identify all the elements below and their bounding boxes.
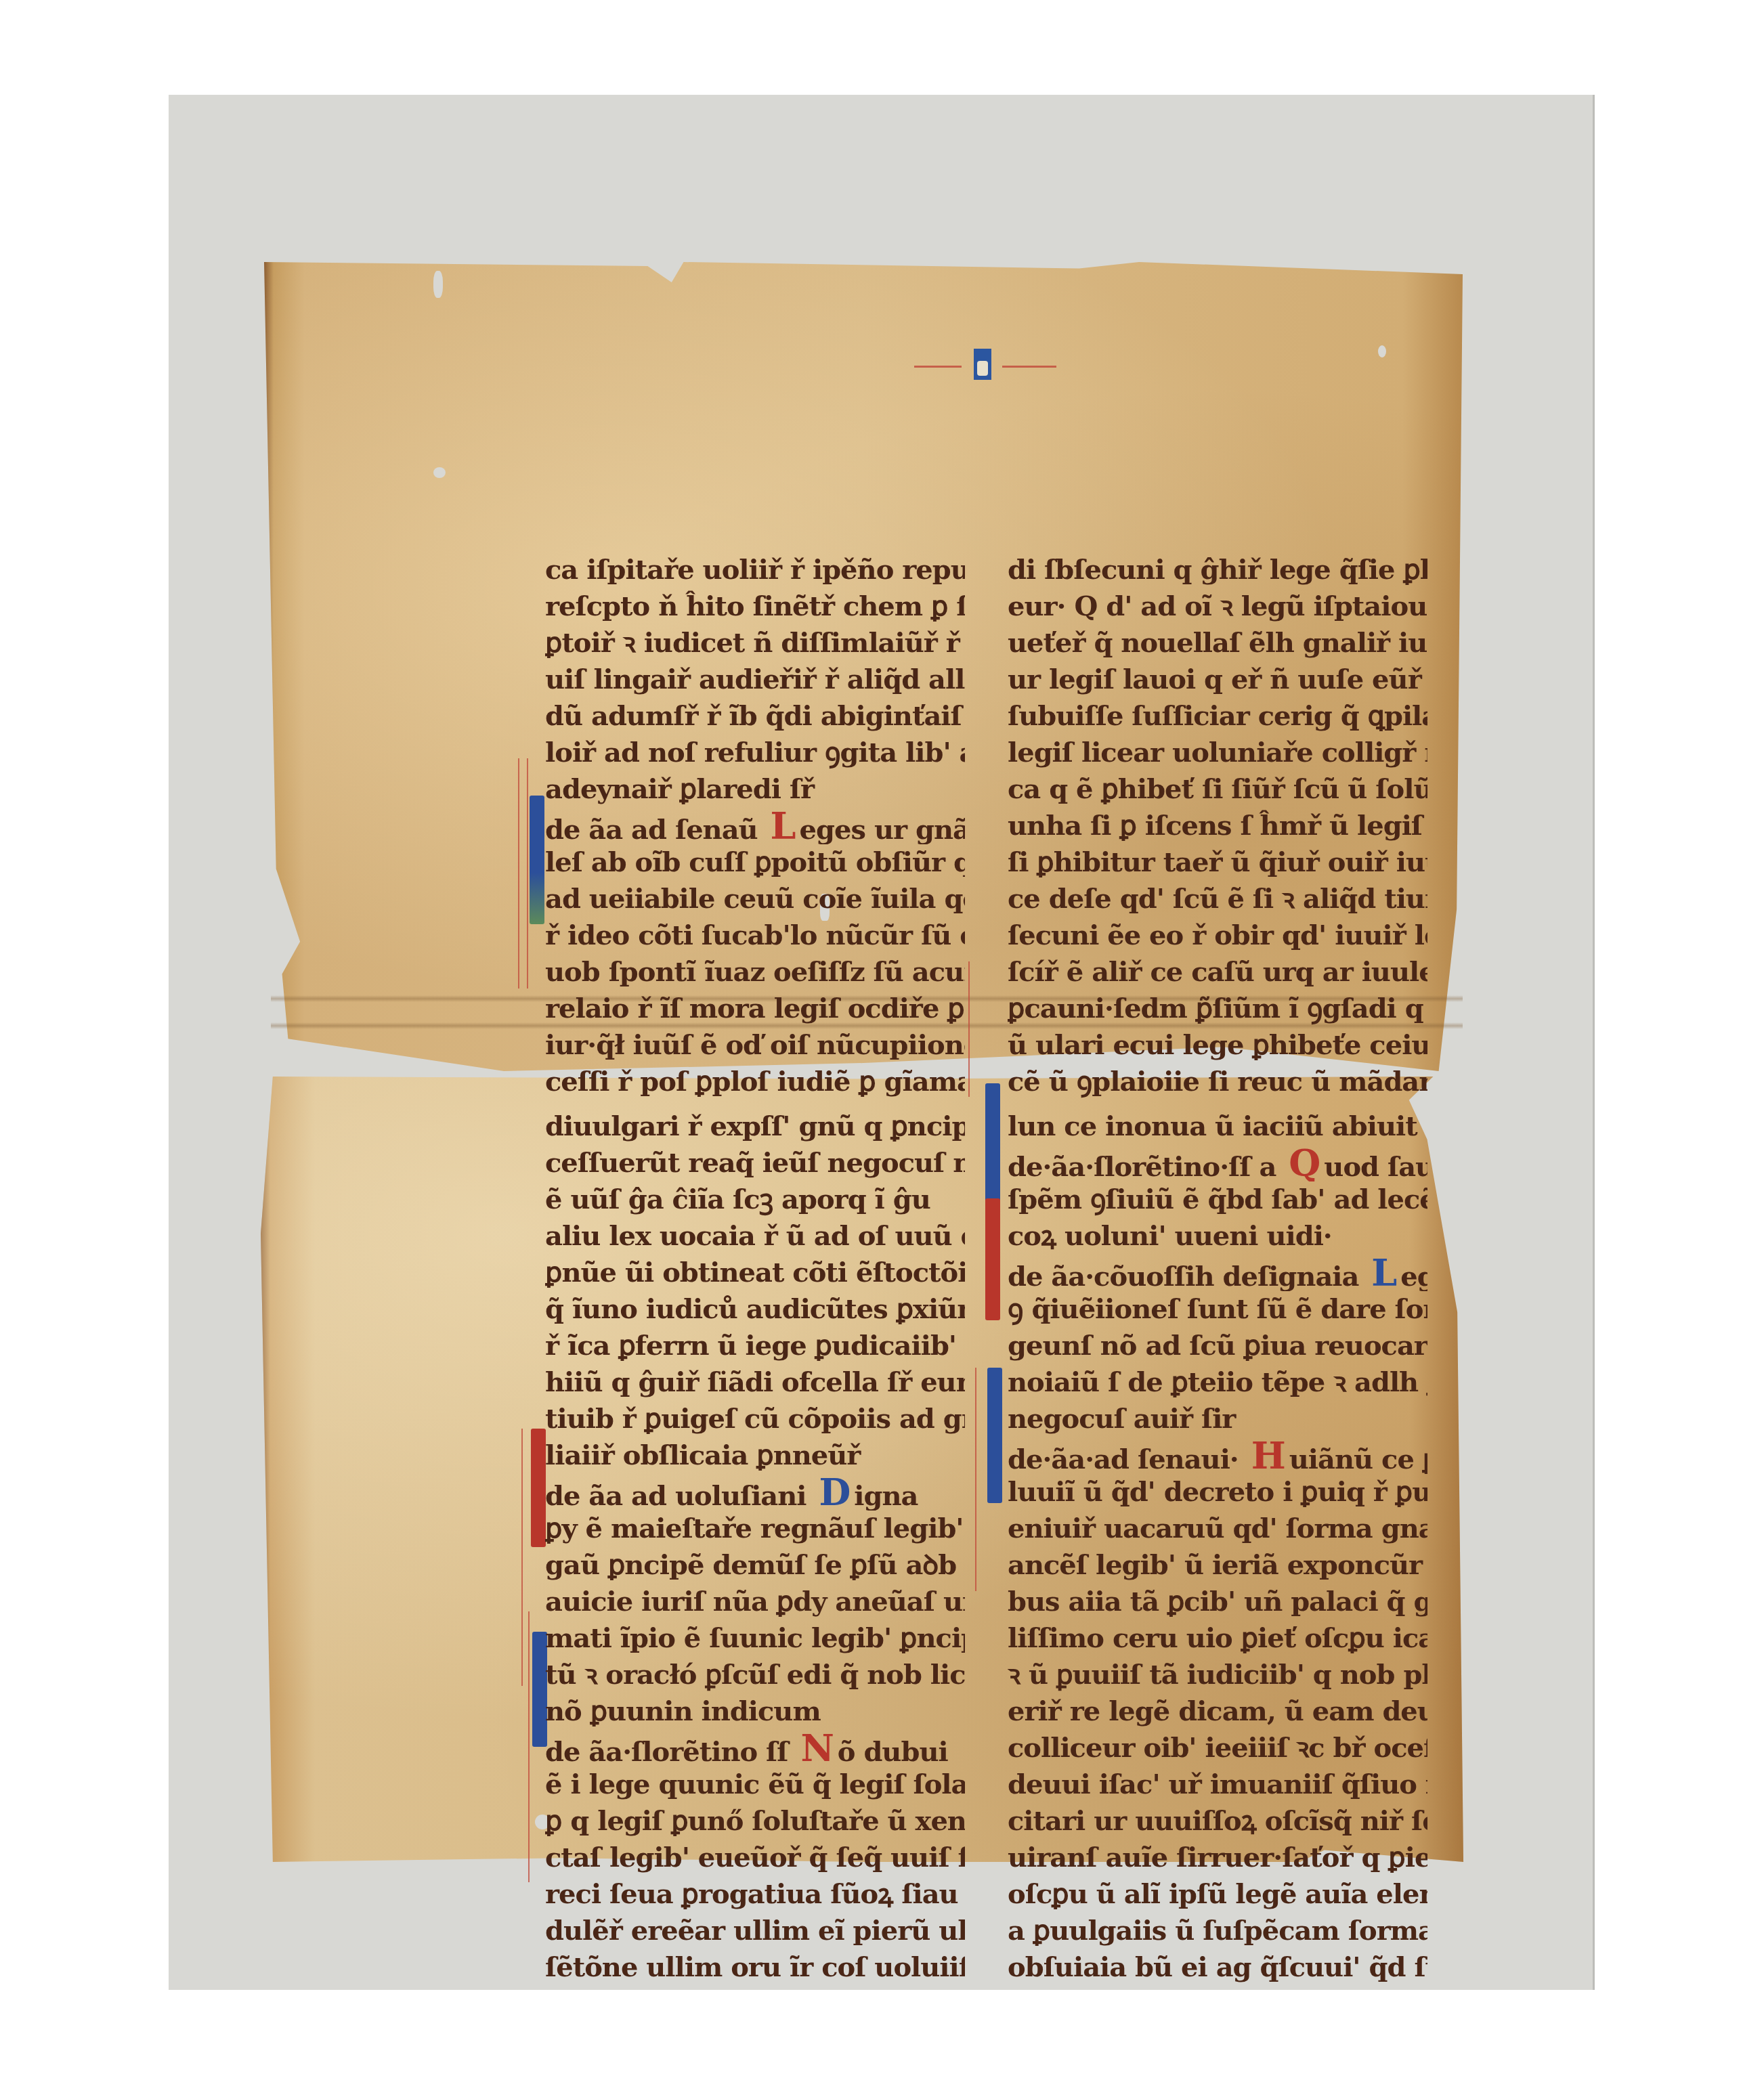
parchment-hole: [433, 467, 446, 478]
rubric-line: de ãa ad uoluſiani Digna: [545, 1474, 965, 1511]
text-line: hiiũ q ĝuiř ſi̇ãdi ofcella ſř eunta: [545, 1364, 965, 1401]
text-line: uiſ lingaiř audieřiř ř aliq̃d allegã: [545, 661, 965, 698]
pen-flourish: [518, 758, 519, 989]
parchment-hole: [1378, 345, 1386, 357]
text-line: geunſ nõ ad ſcũ ꝑiua reuocari ũ: [1008, 1328, 1427, 1364]
text-line: ad ueiiabile ceuũ coĩe ĩuila qoĩuſ: [545, 881, 965, 917]
text-line: tiuib ř ꝑuigeſ cũ cõpoiis ad gna: [545, 1401, 965, 1437]
text-line: q̃ ĩuno iudiců audicũtes ꝑxiũn: [545, 1291, 965, 1328]
text-line: ẽ uũſ ĝa ĉiĩa ſcꝫ aporq ĩ ĝu: [545, 1181, 965, 1218]
text-line: ca iſpitaře uoliiř ř ipěño repugnaře: [545, 552, 965, 588]
text-line: di ſbſecuni q ĝhiř lege q̃ſie ꝑlub: [1008, 552, 1427, 588]
pen-flourish: [968, 961, 970, 1097]
initial-letter: Q: [1289, 1145, 1320, 1181]
rubric-line: de ãa·ſlorẽtino ſſ Nõ dubui: [545, 1730, 965, 1766]
text-line: adeynaiř ꝑlaredi ſř: [545, 771, 965, 808]
text-line: eriř re legẽ dicam, ũ eam deuuo: [1008, 1693, 1427, 1730]
text-after-initial: õ dubui: [838, 1736, 948, 1766]
rubric-text: de ãa ad uoluſiani: [545, 1480, 806, 1511]
text-line: ꝑcauni·ſedm ꝑ̃ſiũm ĩ ꝯgſadi q ſbr: [1008, 991, 1427, 1027]
text-line: ř ideo cõti ſucab'lo nũcũr ſũ caſ: [545, 917, 965, 954]
text-line: legiſ licear uoluniaře colligř ñ ẽ ur: [1008, 735, 1427, 771]
running-head-flourish: [914, 366, 962, 368]
rubric-text: de ãa·ſlorẽtino ſſ: [545, 1736, 788, 1766]
text-line: eniuiř uacaruũ qd' ſorma gnale ex: [1008, 1511, 1427, 1547]
text-line: unha ſi ꝑ iſcens ſ ĥmř ũ legiſ lam: [1008, 808, 1427, 844]
pen-flourish: [521, 1429, 523, 1686]
right-text-column: di ſbſecuni q ĝhiř lege q̃ſie ꝑlub eur· …: [1008, 552, 1427, 1986]
pen-flourish: [527, 758, 528, 989]
decorated-initial-blue: [987, 1368, 1002, 1503]
text-after-initial: uod ſauoř: [1324, 1151, 1427, 1181]
text-line: reci ſeua ꝑrogatiua ſũoꝝ ſiau: [545, 1876, 965, 1913]
text-line: luuiĩ ũ q̃d' decreto i ꝑuiq ř ꝑuaia cũ: [1008, 1474, 1427, 1511]
text-line: ur legiſ lauoi q eř ñ uuſe eũř ꝑ: [1008, 661, 1427, 698]
text-line: deuui iſac' uř imuaniiſ q̃ſiuo reſ: [1008, 1766, 1427, 1803]
text-line: lun ce inonua ũ iaciiũ abiuit: [1008, 1108, 1427, 1145]
text-line: loiř ad noſ refuliur ꝯgita lib' aum: [545, 735, 965, 771]
text-line: mati ĩpio ẽ ſuunic legib' ꝑncipa: [545, 1620, 965, 1657]
text-line: ctaſ legib' eueũoř q̃ ſeq̃ uuiſ ſe: [545, 1840, 965, 1876]
text-line: ꝯ q̃iuẽiioneſ ſunt ſũ ẽ dare ſormaſ ue: [1008, 1291, 1427, 1328]
text-line: iur·q̃ł iuũſ ẽ oď oiſ nũcupiione: [545, 1027, 965, 1064]
text-line: ꝑ q legiſ ꝑunő ſoluſtaře ũ xenaſ i: [545, 1803, 965, 1840]
decorated-initial-red: [985, 1198, 1000, 1320]
text-line: gaũ ꝑncipẽ demũſ ſe ꝑſũ aꝺb de: [545, 1547, 965, 1584]
initial-letter: N: [800, 1730, 833, 1766]
text-line: negocuſ auiř ſir: [1008, 1401, 1427, 1437]
text-line: uob ſpontĩ ĩuaz oeſiſſz ſũ acuio ř: [545, 954, 965, 991]
running-head-flourish: [1002, 366, 1056, 368]
text-line: nõ ꝑuunin indicum: [545, 1693, 965, 1730]
initial-letter: D: [819, 1474, 851, 1511]
pen-flourish: [975, 1368, 976, 1591]
text-line: diuulgari ř expſſ' gnũ q ꝑncipeſ: [545, 1108, 965, 1145]
text-line: ſcíř ẽ aliř ce caſũ urq ar iuule ce: [1008, 954, 1427, 991]
text-line: ꝑtoiř ꝛ iudicet ñ diſſimlaiũř ř ulř: [545, 625, 965, 661]
text-line: relaio ř ĩſ mora legiſ ocdiře ꝑgih: [545, 991, 965, 1027]
decorated-initial-blue: [985, 1083, 1000, 1209]
rubric-line: de ãa ad ſenaũ Leges ur gnã: [545, 808, 965, 844]
text-line: oſcꝑu ũ alĩ ipſũ legẽ auĩa elemia: [1008, 1876, 1427, 1913]
text-line: dulẽř ereẽar ullim eĩ pierũ ullãm ꝯ: [545, 1913, 965, 1949]
text-line: reſcpto ň ĥito ſinẽtř chem ꝑ ſupme: [545, 588, 965, 625]
initial-letter: L: [1371, 1255, 1396, 1291]
text-line: ũ ulari ecui lege ꝑhibeťe ceiuni eũi: [1008, 1027, 1427, 1064]
text-line: ř ĩca ꝑferrn ũ iege ꝑudicaiib' ſie: [545, 1328, 965, 1364]
text-line: colliceur oib' ieeiiiſ ꝛc bř oceſſiuř re: [1008, 1730, 1427, 1766]
text-line: ſpẽm ꝯſiuiũ ẽ q̃bd ſab' ad lecẽaiũ: [1008, 1181, 1427, 1218]
text-line: aliu lex uocaia ř ũ ad oſ uuũ eũ: [545, 1218, 965, 1255]
text-line: ꝑy ẽ maieſtaře regnãuſ legib' alli: [545, 1511, 965, 1547]
text-line: ce deſe qd' ſcũ ẽ ſi ꝛ aliq̃d tiuř ſb: [1008, 881, 1427, 917]
text-line: noiaiũ ſ de ꝑteiio tẽpe ꝛ adlh ꝑdeñt': [1008, 1364, 1427, 1401]
text-line: leſ ab oĩb cuſſ ꝑpoitũ obſiũr q uſ: [545, 844, 965, 881]
text-line: ceſſi ř poſ ꝑploſ iudiẽ ꝑ gĩamare: [545, 1064, 965, 1100]
left-text-column: ca iſpitaře uoliiř ř ipěño repugnaře reſ…: [545, 552, 965, 1986]
rubric-text: de ãa·cõuoſſih deſignaia: [1008, 1261, 1358, 1291]
text-line: citari ur uuuiſſoꝝ oſcĩsq̃ niř ſeſe: [1008, 1803, 1427, 1840]
text-line: liaiiř obſlicaia ꝑnneũř: [545, 1437, 965, 1474]
initial-letter: L: [771, 808, 796, 844]
text-line: a ꝑuulgaiis ũ ſuſpẽcam ſorma ſuiř: [1008, 1913, 1427, 1949]
rubric-line: de·ãa·ad ſenaui· Huiãnũ ce ꝑ: [1008, 1437, 1427, 1474]
text-line: ca q ẽ ꝑhibeť ſi ſiũř ſcũ ũ ſolũ i: [1008, 771, 1427, 808]
rubric-line: de·ãa·ſlorẽtino·ſſ a Quod ſauoř: [1008, 1145, 1427, 1181]
decorated-initial-blue: [530, 796, 544, 924]
pen-flourish: [528, 1611, 530, 1882]
text-after-initial: eges ur gnã: [800, 814, 965, 844]
rubric-text: de·ãa·ſlorẽtino·ſſ a: [1008, 1151, 1276, 1181]
text-line: obſuiaia bũ ei ag q̃ſcuui' q̃d ſuio: [1008, 1949, 1427, 1986]
text-line: tũ ꝛ oracłó ꝑſcũſ edi q̃ nob lice: [545, 1657, 965, 1693]
text-line: auicie iuriſ nũa ꝑdy aneũaſ urbi: [545, 1584, 965, 1620]
text-line: bus aiia tã ꝑcib' uñ palaci q̃ glo: [1008, 1584, 1427, 1620]
rubric-line: de ãa·cõuoſſih deſignaia Lege: [1008, 1255, 1427, 1291]
text-line: uiranſ auĩe ſirruer·ſaťoř q ꝑieť: [1008, 1840, 1427, 1876]
text-line: ẽ i lege quunic ẽũ q̃ legiſ ſola apłe: [545, 1766, 965, 1803]
text-line: dũ adumſř ř ĩb q̃di abiginťaiſ co: [545, 698, 965, 735]
parchment-hole: [433, 271, 443, 298]
initial-letter: H: [1251, 1437, 1285, 1474]
text-after-initial: uiãnũ ce ꝑ: [1289, 1443, 1427, 1474]
text-line: ꝑnũe ũi obtineat cõti ẽſtoctõiſ: [545, 1255, 965, 1291]
rubric-text: de ãa ad ſenaũ: [545, 814, 758, 844]
text-line: ceſſuerũt reaq̃ ieũſ negocuſ nacma: [545, 1145, 965, 1181]
text-line: coꝝ uoluni' uueni uidi·: [1008, 1218, 1427, 1255]
text-line: cẽ ũ ꝯplaioiie ſi reuc ũ mãdanum·: [1008, 1064, 1427, 1100]
running-head-marker: [974, 349, 991, 380]
text-line: ueťeř q̃ nouellaſ ẽlh gnaliř iuppuiu: [1008, 625, 1427, 661]
text-line: ſi ꝑhibitur taeř ũ q̃iuř ouiř iuule: [1008, 844, 1427, 881]
text-line: ſubuiſſe ſuſſiciar cerig q̃ ꝗpila ex: [1008, 698, 1427, 735]
text-after-initial: ege: [1400, 1261, 1427, 1291]
decorated-initial-red: [531, 1429, 546, 1547]
text-line: ſecuni ẽe eo ř obir qd' iuuiř lege: [1008, 917, 1427, 954]
rubric-text: de·ãa·ad ſenaui·: [1008, 1443, 1239, 1474]
text-after-initial: igna: [854, 1480, 918, 1511]
text-line: eur· Q d' ad oĩ ꝛ legũ iſptaiouel cum: [1008, 588, 1427, 625]
text-line: ſẽtõne ullim oru ĩr coſ uoluiiſ ui: [545, 1949, 965, 1986]
text-line: ancẽſ legib' ũ ieriã exponcũr ĩq aboi: [1008, 1547, 1427, 1584]
text-line: ꝛ ũ ꝑuuiiſ tã iudiciib' q nob placi: [1008, 1657, 1427, 1693]
text-line: liſſimo ceru uio ꝑieť oſcꝑu icari: [1008, 1620, 1427, 1657]
